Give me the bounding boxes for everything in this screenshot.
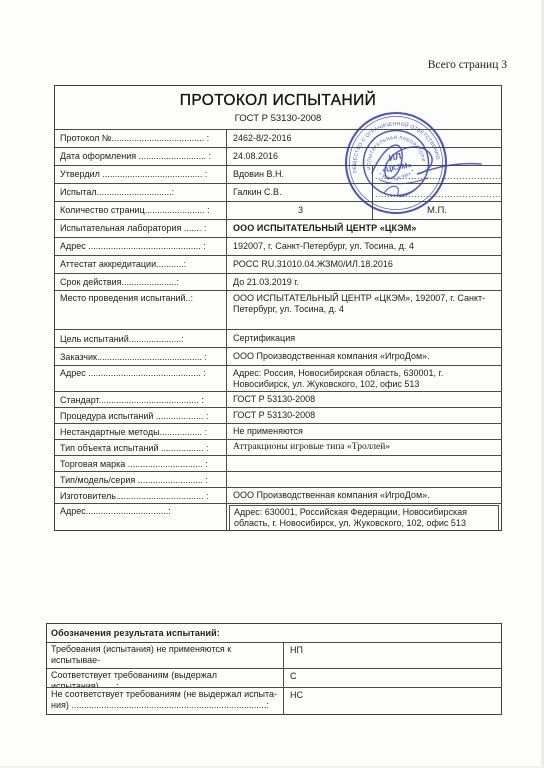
row-value-cell: Адрес: 630001, Российская Федерации, Нов… [227, 504, 501, 530]
row-label: Испытал..............................: [55, 184, 227, 201]
legend-label: Не соответствует требованиям (не выдержа… [47, 688, 284, 714]
row-value: Сертификация [227, 330, 501, 347]
row-value: До 21.03.2019 г. [227, 274, 501, 291]
table-row: Испытал..............................: Г… [55, 183, 501, 201]
row-value: Адрес: Россия, Новосибирская область, 63… [227, 366, 501, 391]
table-row: Дата оформления ........................… [55, 147, 501, 165]
row-label: Адрес ..................................… [55, 366, 227, 391]
row-value: Галкин С.В. [227, 184, 372, 201]
table-row: Аттестат аккредитации...........: РОСС R… [55, 255, 501, 273]
row-label: Утвердил ...............................… [55, 166, 227, 183]
page-title: ПРОТОКОЛ ИСПЫТАНИЙ [55, 92, 501, 110]
row-value: Аттракционы игровые типа «Троллей» [227, 440, 501, 455]
table-row: Количество страниц......................… [55, 201, 501, 219]
legend-row: Требования (испытания) не применяются к … [47, 642, 501, 668]
table-row: Торговая марка .........................… [55, 455, 501, 471]
table-row: Утвердил ...............................… [55, 165, 501, 183]
table-row: Срок действия......................: До … [55, 273, 501, 291]
legend-header: Обозначения результата испытаний: [47, 624, 501, 642]
row-value: Адрес: 630001, Российская Федерации, Нов… [229, 505, 499, 530]
legend-code: НП [284, 643, 501, 668]
legend-table: Обозначения результата испытаний: Требов… [46, 623, 502, 715]
legend-label: Требования (испытания) не применяются к … [47, 643, 284, 668]
row-label: Заказчик................................… [55, 348, 227, 365]
table-row: Заказчик................................… [55, 347, 501, 365]
row-label: Стандарт................................… [55, 392, 227, 407]
row-label: Протокол №..............................… [55, 130, 227, 147]
row-value: 24.08.2016 [227, 148, 501, 165]
table-row: Место проведения испытаний..: ООО ИСПЫТА… [55, 290, 501, 329]
row-value: ООО ИСПЫТАТЕЛЬНЫЙ ЦЕНТР «ЦКЭМ», 192007, … [227, 291, 501, 329]
table-row: Тип объекта испытаний ................. … [55, 439, 501, 455]
row-value: ООО ИСПЫТАТЕЛЬНЫЙ ЦЕНТР «ЦКЭМ» [227, 220, 501, 237]
row-label: Адрес ..................................… [55, 238, 227, 255]
row-value: РОСС RU.31010.04.ЖЗМ0/ИЛ.18.2016 [227, 256, 501, 273]
row-value: ГОСТ Р 53130-2008 [227, 392, 501, 407]
table-header: ПРОТОКОЛ ИСПЫТАНИЙ ГОСТ Р 53130-2008 [55, 86, 501, 129]
row-value: Вдовин В.Н. [227, 166, 372, 183]
table-row: Нестандартные методы................. : … [55, 423, 501, 439]
row-value: 2462-8/2-2016 [227, 130, 501, 147]
row-label: Испытательная лаборатория ....... : [55, 220, 227, 237]
row-label: Тип/модель/серия .......................… [55, 472, 227, 487]
row-label: Тип объекта испытаний ................. … [55, 440, 227, 455]
row-label: Процедура испытаний ................... … [55, 408, 227, 423]
table-row: Изготовитель............................… [55, 487, 501, 503]
row-value: ООО Производственная компания «ИгроДом». [227, 488, 501, 503]
table-row: Стандарт................................… [55, 391, 501, 407]
row-label: Изготовитель............................… [55, 488, 227, 503]
protocol-table: ПРОТОКОЛ ИСПЫТАНИЙ ГОСТ Р 53130-2008 Про… [54, 85, 502, 531]
row-value: Не применяются [227, 424, 501, 439]
row-value: 192007, г. Санкт-Петербург, ул. Тосина, … [227, 238, 501, 255]
table-row: Тип/модель/серия .......................… [55, 471, 501, 487]
row-label: Дата оформления ........................… [55, 148, 227, 165]
row-value: ГОСТ Р 53130-2008 [227, 408, 501, 423]
row-label: Срок действия......................: [55, 274, 227, 291]
row-value [227, 472, 501, 487]
legend-row: Соответствует требованиям (выдержал испы… [47, 668, 501, 687]
gost-subtitle: ГОСТ Р 53130-2008 [55, 113, 501, 124]
table-row: Адрес ..................................… [55, 237, 501, 255]
total-pages-note: Всего страниц 3 [428, 59, 507, 71]
signature-dots: ........................................… [372, 166, 501, 183]
legend-code: НС [284, 688, 501, 714]
row-label: Место проведения испытаний..: [55, 291, 227, 329]
table-row: Адрес.................................: … [55, 503, 501, 530]
row-label: Цель испытаний.....................: [55, 330, 227, 347]
row-label: Торговая марка .........................… [55, 456, 227, 471]
row-label: Адрес.................................: [55, 504, 227, 530]
legend-row: Не соответствует требованиям (не выдержа… [47, 687, 501, 714]
stamp-place-label: М.П. [372, 202, 501, 219]
legend-code: С [284, 669, 501, 687]
row-label: Нестандартные методы................. : [55, 424, 227, 439]
table-row: Процедура испытаний ................... … [55, 407, 501, 423]
legend-label: Соответствует требованиям (выдержал испы… [47, 669, 284, 687]
signature-dots: ........................................… [372, 184, 501, 201]
row-value: ООО Производственная компания «ИгроДом». [227, 348, 501, 365]
row-label: Количество страниц......................… [55, 202, 227, 219]
row-value: 3 [227, 202, 372, 219]
table-row: Протокол №..............................… [55, 129, 501, 147]
table-row: Испытательная лаборатория ....... : ООО … [55, 219, 501, 237]
table-row: Цель испытаний.....................: Сер… [55, 329, 501, 347]
row-value [227, 456, 501, 471]
row-label: Аттестат аккредитации...........: [55, 256, 227, 273]
table-row: Адрес ..................................… [55, 365, 501, 391]
